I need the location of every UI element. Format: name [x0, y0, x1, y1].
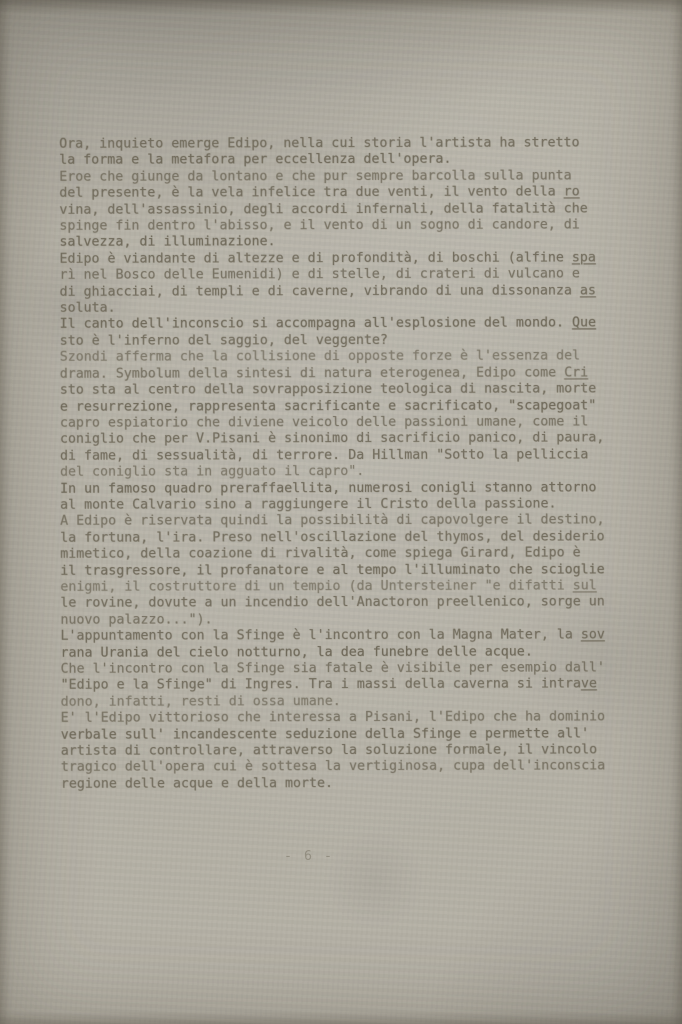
line-text: Eroe che giunge da lontano e che pur sem…: [59, 168, 571, 184]
hyphenated-syllable: sov: [581, 628, 605, 643]
line-text: enigmi, il costruttore di un tempio (da …: [60, 578, 572, 594]
line-text: Ora, inquieto emerge Edipo, nella cui st…: [59, 135, 579, 151]
line-text: il trasgressore, il profanatore e al tem…: [60, 562, 604, 578]
line-text: al monte Calvario sino a raggiungere il …: [60, 496, 556, 512]
hyphenated-syllable: Cri: [564, 365, 588, 380]
hyphenated-syllable: Que: [572, 316, 596, 331]
text-line: coniglio che per V.Pisani è sinonimo di …: [60, 431, 635, 449]
text-line: mimetico, della coazione di rivalità, co…: [60, 545, 635, 563]
text-line: Ora, inquieto emerge Edipo, nella cui st…: [59, 135, 634, 153]
line-text: del presente, è la vela infelice tra due…: [59, 185, 563, 201]
line-text: del coniglio sta in agguato il capro".: [60, 464, 364, 480]
line-text: E' l'Edipo vittorioso che interessa a Pi…: [61, 710, 605, 726]
line-text: In un famoso quadro preraffaellita, nume…: [60, 480, 596, 496]
document-page: Ora, inquieto emerge Edipo, nella cui st…: [0, 0, 682, 1024]
line-text: "Edipo e la Sfinge" di Ingres. Tra i mas…: [61, 677, 581, 693]
text-line: spinge fin dentro l'abisso, e il vento d…: [59, 217, 634, 235]
text-line: le rovine, dovute a un incendio dell'Ana…: [60, 595, 635, 613]
text-line: Il canto dell'inconscio si accompagna al…: [60, 316, 635, 334]
text-line: vina, dell'assassinio, degli accordi inf…: [59, 201, 634, 219]
line-text: L'appuntamento con la Sfinge è l'incontr…: [60, 628, 580, 644]
line-text: rana Urania del cielo notturno, la dea f…: [60, 644, 532, 660]
line-text: Che l'incontro con la Sfinge sia fatale …: [61, 660, 605, 676]
hyphenated-syllable: ve: [581, 677, 597, 692]
line-text: A Edipo è riservata quindi la possibilit…: [60, 513, 604, 529]
line-text: le rovine, dovute a un incendio dell'Ana…: [60, 595, 604, 611]
line-text: dono, infatti, resti di ossa umane.: [61, 694, 341, 710]
typewritten-text-block: Ora, inquieto emerge Edipo, nella cui st…: [59, 135, 636, 793]
text-line: regione delle acque e della morte.: [61, 775, 636, 793]
hyphenated-syllable: as: [580, 283, 596, 298]
text-line: nuovo palazzo...").: [60, 611, 635, 629]
line-text: verbale sull' incandescente seduzione de…: [61, 726, 589, 742]
text-line: sto sta al centro della sovrapposizione …: [60, 381, 635, 399]
text-line: Edipo è viandante di altezze e di profon…: [59, 250, 634, 268]
text-line: drama. Symbolum della sintesi di natura …: [60, 365, 635, 383]
line-text: coniglio che per V.Pisani è sinonimo di …: [60, 431, 604, 447]
text-line: tragico dell'opera cui è sottesa la vert…: [61, 759, 636, 777]
text-line: Che l'incontro con la Sfinge sia fatale …: [61, 660, 636, 678]
hyphenated-syllable: ro: [564, 185, 580, 200]
text-line: di fame, di sessualità, di terrore. Da H…: [60, 447, 635, 465]
text-line: Szondi afferma che la collisione di oppo…: [60, 349, 635, 367]
line-text: di fame, di sessualità, di terrore. Da H…: [60, 447, 588, 463]
text-line: rì nel Bosco delle Eumenidi) e di stelle…: [59, 266, 634, 284]
text-line: "Edipo e la Sfinge" di Ingres. Tra i mas…: [61, 677, 636, 695]
text-line: al monte Calvario sino a raggiungere il …: [60, 496, 635, 514]
line-text: di ghiacciai, di templi e di caverne, vi…: [60, 283, 580, 299]
line-text: artista di controllare, attraverso la so…: [61, 742, 597, 758]
line-text: spinge fin dentro l'abisso, e il vento d…: [59, 217, 579, 233]
line-text: soluta.: [60, 301, 116, 316]
text-line: rana Urania del cielo notturno, la dea f…: [60, 644, 635, 662]
page-number: - 6 -: [0, 849, 618, 864]
line-text: e resurrezione, rappresenta sacrificante…: [60, 398, 596, 414]
hyphenated-syllable: sul: [573, 578, 597, 593]
text-line: In un famoso quadro preraffaellita, nume…: [60, 480, 635, 498]
text-line: sto è l'inferno del saggio, del veggente…: [60, 332, 635, 350]
line-text: sto è l'inferno del saggio, del veggente…: [60, 333, 388, 349]
text-line: di ghiacciai, di templi e di caverne, vi…: [60, 283, 635, 301]
text-line: verbale sull' incandescente seduzione de…: [61, 726, 636, 744]
line-text: sto sta al centro della sovrapposizione …: [60, 381, 596, 397]
text-line: salvezza, di illuminazione.: [59, 234, 634, 252]
text-line: del presente, è la vela infelice tra due…: [59, 184, 634, 202]
text-line: dono, infatti, resti di ossa umane.: [61, 693, 636, 711]
text-line: Eroe che giunge da lontano e che pur sem…: [59, 168, 634, 186]
line-text: nuovo palazzo...").: [60, 612, 212, 627]
line-text: regione delle acque e della morte.: [61, 776, 333, 792]
line-text: salvezza, di illuminazione.: [59, 235, 275, 251]
text-line: la fortuna, l'ira. Preso nell'oscillazio…: [60, 529, 635, 547]
line-text: tragico dell'opera cui è sottesa la vert…: [61, 759, 605, 775]
line-text: Il canto dell'inconscio si accompagna al…: [60, 316, 572, 332]
text-line: e resurrezione, rappresenta sacrificante…: [60, 398, 635, 416]
line-text: capro espiatorio che diviene veicolo del…: [60, 414, 588, 430]
line-text: rì nel Bosco delle Eumenidi) e di stelle…: [59, 267, 579, 283]
line-text: la fortuna, l'ira. Preso nell'oscillazio…: [60, 529, 604, 545]
line-text: mimetico, della coazione di rivalità, co…: [60, 546, 580, 562]
text-line: enigmi, il costruttore di un tempio (da …: [60, 578, 635, 596]
hyphenated-syllable: spa: [572, 250, 596, 265]
text-line: E' l'Edipo vittorioso che interessa a Pi…: [61, 709, 636, 727]
line-text: vina, dell'assassinio, degli accordi inf…: [59, 201, 587, 217]
line-text: Edipo è viandante di altezze e di profon…: [59, 250, 571, 266]
line-text: drama. Symbolum della sintesi di natura …: [60, 365, 564, 381]
text-line: A Edipo è riservata quindi la possibilit…: [60, 513, 635, 531]
text-line: il trasgressore, il profanatore e al tem…: [60, 562, 635, 580]
text-line: la forma e la metafora per eccellenza de…: [59, 152, 634, 170]
text-line: del coniglio sta in agguato il capro".: [60, 463, 635, 481]
text-line: L'appuntamento con la Sfinge è l'incontr…: [60, 627, 635, 645]
line-text: la forma e la metafora per eccellenza de…: [59, 152, 451, 168]
line-text: Szondi afferma che la collisione di oppo…: [60, 349, 580, 365]
text-line: capro espiatorio che diviene veicolo del…: [60, 414, 635, 432]
